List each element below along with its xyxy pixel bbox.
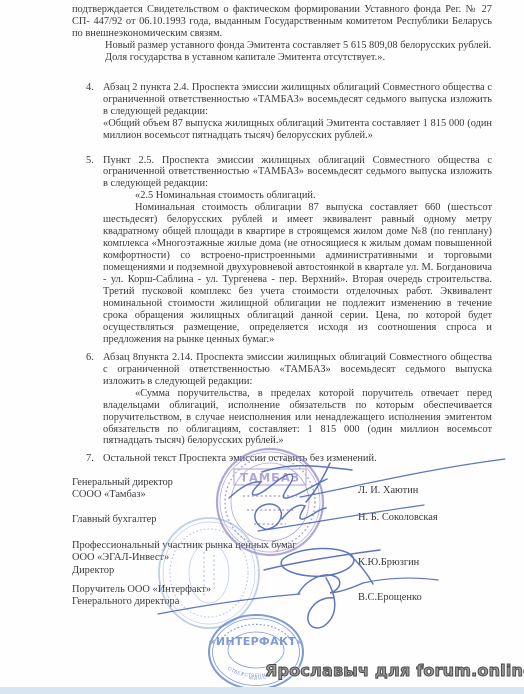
paragraph-intro-continuation: подтверждается Свидетельством о фактичес… <box>72 4 492 40</box>
list-item-5: 5. Пункт 2.5. Проспекта эмиссии жилищных… <box>72 155 492 346</box>
signature-name-eroshchenko: В.С.Ерощенко <box>358 592 422 603</box>
document-text: подтверждается Свидетельством о фактичес… <box>72 4 492 465</box>
item-5-number: 5. <box>86 155 94 167</box>
item-4-quote: «Общий объем 87 выпуска жилищных облигац… <box>103 118 492 142</box>
role-line: Генеральный директор <box>72 477 173 489</box>
item-7-text: Остальной текст Проспекта эмиссии остави… <box>103 453 492 465</box>
role-line: ООО «ЭГАЛ-Инвест» <box>72 552 297 564</box>
signature-name-khayutin: Л. И. Хаютин <box>358 485 418 496</box>
item-6-number: 6. <box>86 352 94 364</box>
paragraph-fund-size: Новый размер уставного фонда Эмитента со… <box>72 40 492 52</box>
role-line: СООО «Тамбаз» <box>72 489 173 501</box>
role-line: Главный бухгалтер <box>72 514 156 526</box>
tambaz-stamp-label: ТАМБАЗ <box>240 471 300 485</box>
signature-name-bryuzgin: К.Ю.Брюзгин <box>358 557 419 568</box>
signature-stroke <box>308 578 335 628</box>
signature-stroke <box>262 466 352 472</box>
item-5-quote-heading: «2.5 Номинальная стоимость облигаций. <box>103 190 492 202</box>
tambaz-stamp-ring-text <box>225 457 315 547</box>
item-7-number: 7. <box>86 453 94 465</box>
signature-role-general-director: Генеральный директор СООО «Тамбаз» <box>72 477 173 502</box>
signature-stroke <box>229 474 327 498</box>
signature-stroke <box>306 463 330 502</box>
tambaz-stamp-label-box <box>234 469 306 485</box>
item-5-text: Пункт 2.5. Проспекта эмиссии жилищных об… <box>103 155 492 191</box>
item-5-quote: Номинальная стоимость облигации 87 выпус… <box>103 202 492 345</box>
role-line: Генерального директора <box>72 596 211 608</box>
role-line: Поручитель ООО «Интерфакт» <box>72 584 211 596</box>
interfakt-stamp-label: «ИНТЕРФАКТ» <box>209 635 304 648</box>
item-6-quote: «Сумма поручительства, в пределах которо… <box>103 388 492 448</box>
signature-stroke <box>282 505 326 519</box>
tambaz-stamp-inner-ring <box>231 463 309 541</box>
signature-role-chief-accountant: Главный бухгалтер <box>72 514 156 526</box>
signature-role-guarantor: Поручитель ООО «Интерфакт» Генерального … <box>72 584 211 609</box>
signature-name-sokolovskaya: Н. Б. Соколовская <box>358 512 438 523</box>
item-4-number: 4. <box>86 82 94 94</box>
item-4-text: Абзац 2 пункта 2.4. Проспекта эмиссии жи… <box>103 82 492 118</box>
list-item-7: 7. Остальной текст Проспекта эмиссии ост… <box>72 453 492 465</box>
list-item-4: 4. Абзац 2 пункта 2.4. Проспекта эмиссии… <box>72 82 492 142</box>
tambaz-stamp-second-ring <box>220 452 320 552</box>
list-item-6: 6. Абзац 8пункта 2.14. Проспекта эмиссии… <box>72 352 492 448</box>
interfakt-stamp-top-arc-text <box>218 624 294 645</box>
role-line: Профессиональный участник рынка ценных б… <box>72 540 297 552</box>
signature-stroke <box>255 504 282 529</box>
signature-role-market-participant: Профессиональный участник рынка ценных б… <box>72 540 297 577</box>
forum-watermark: Ярославыч для forum.onliner.by <box>265 661 524 680</box>
item-6-text: Абзац 8пункта 2.14. Проспекта эмиссии жи… <box>103 352 492 388</box>
role-line: Директор <box>72 565 297 577</box>
signature-stroke <box>298 575 363 594</box>
signature-stroke <box>363 578 438 583</box>
scan-bottom-edge <box>0 687 524 694</box>
paragraph-state-share: Доля государства в уставном капитале Эми… <box>72 52 492 64</box>
document-page: подтверждается Свидетельством о фактичес… <box>0 0 524 694</box>
